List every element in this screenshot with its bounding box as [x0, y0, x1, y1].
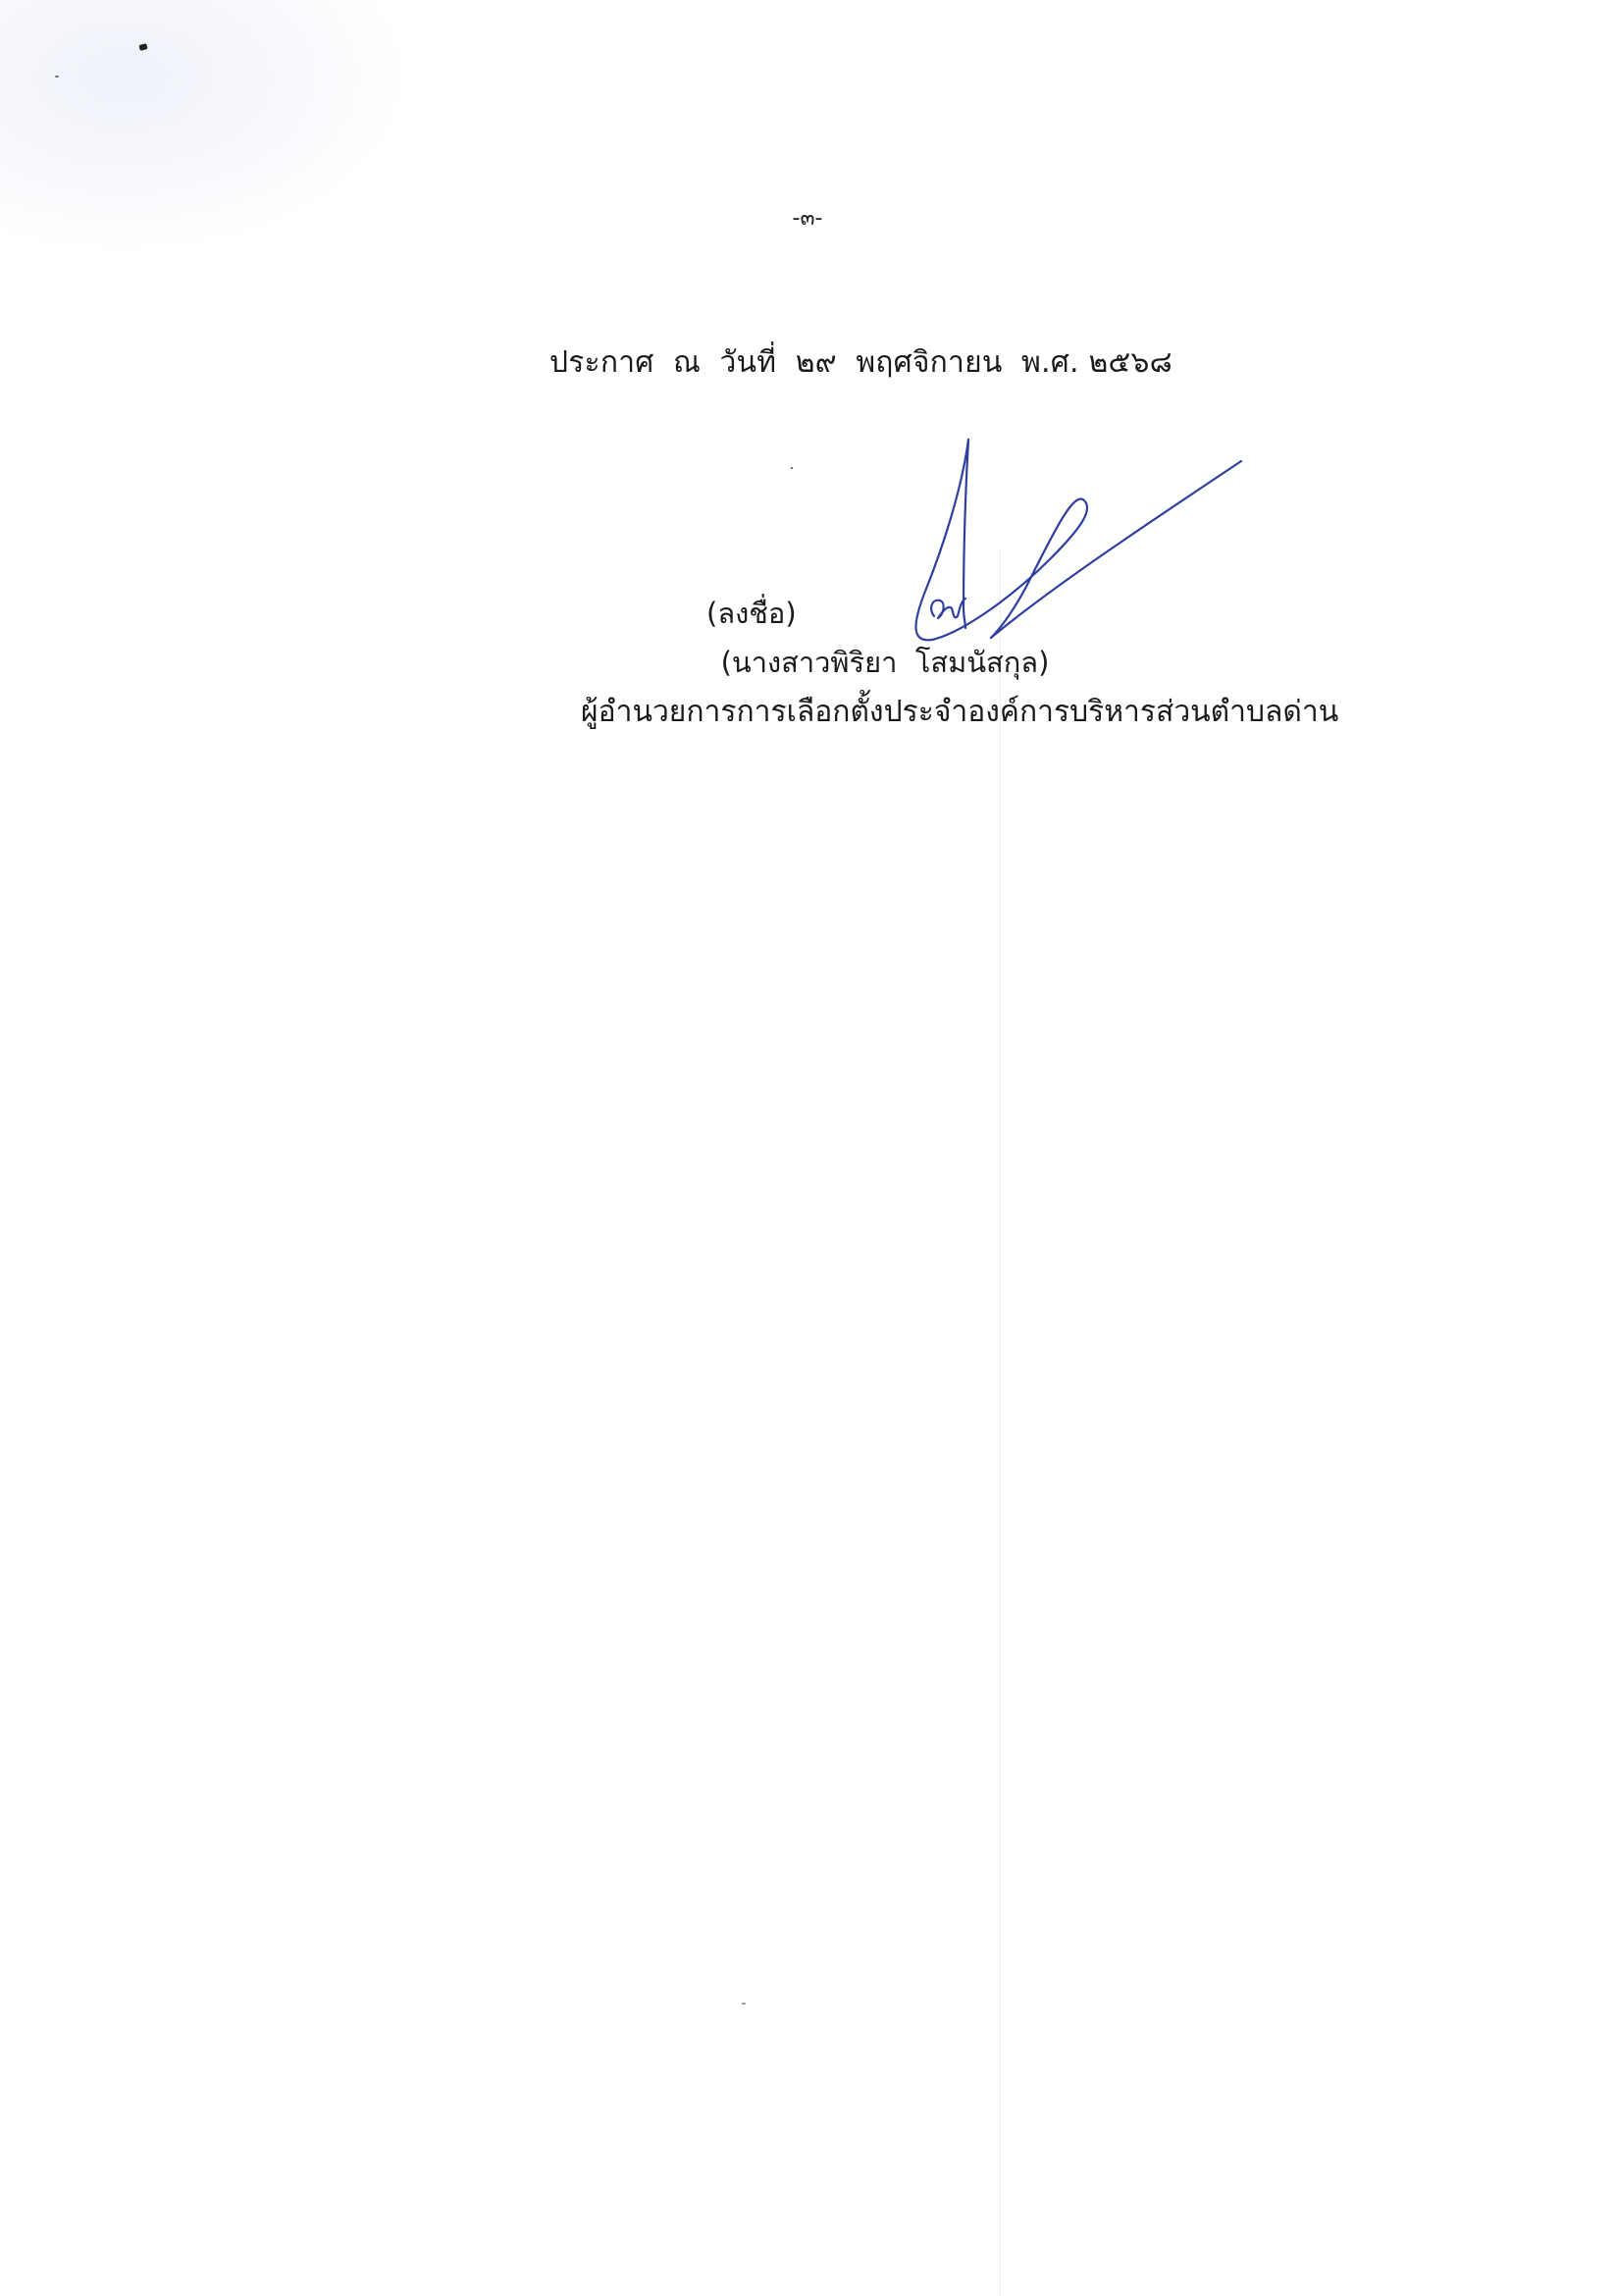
signatory-name: (นางสาวพิริยา โสมนัสกุล): [0, 640, 1615, 685]
paper-fold-line: [1000, 549, 1001, 2296]
scan-speck: [791, 467, 793, 469]
announcement-date-line: ประกาศ ณ วันที่ ๒๙ พฤศจิกายน พ.ศ. ๒๕๖๘: [549, 339, 1172, 386]
signature-strokes: [915, 440, 1241, 640]
page-number: -๓-: [0, 200, 1615, 235]
scan-speck: [55, 76, 59, 78]
handwritten-signature: [883, 432, 1256, 648]
signatory-title: ผู้อำนวยการการเลือกตั้งประจำองค์การบริหา…: [581, 689, 1338, 735]
scan-speck: [742, 2003, 746, 2005]
scan-speck: [138, 43, 147, 51]
signature-label: (ลงชื่อ): [706, 591, 797, 636]
